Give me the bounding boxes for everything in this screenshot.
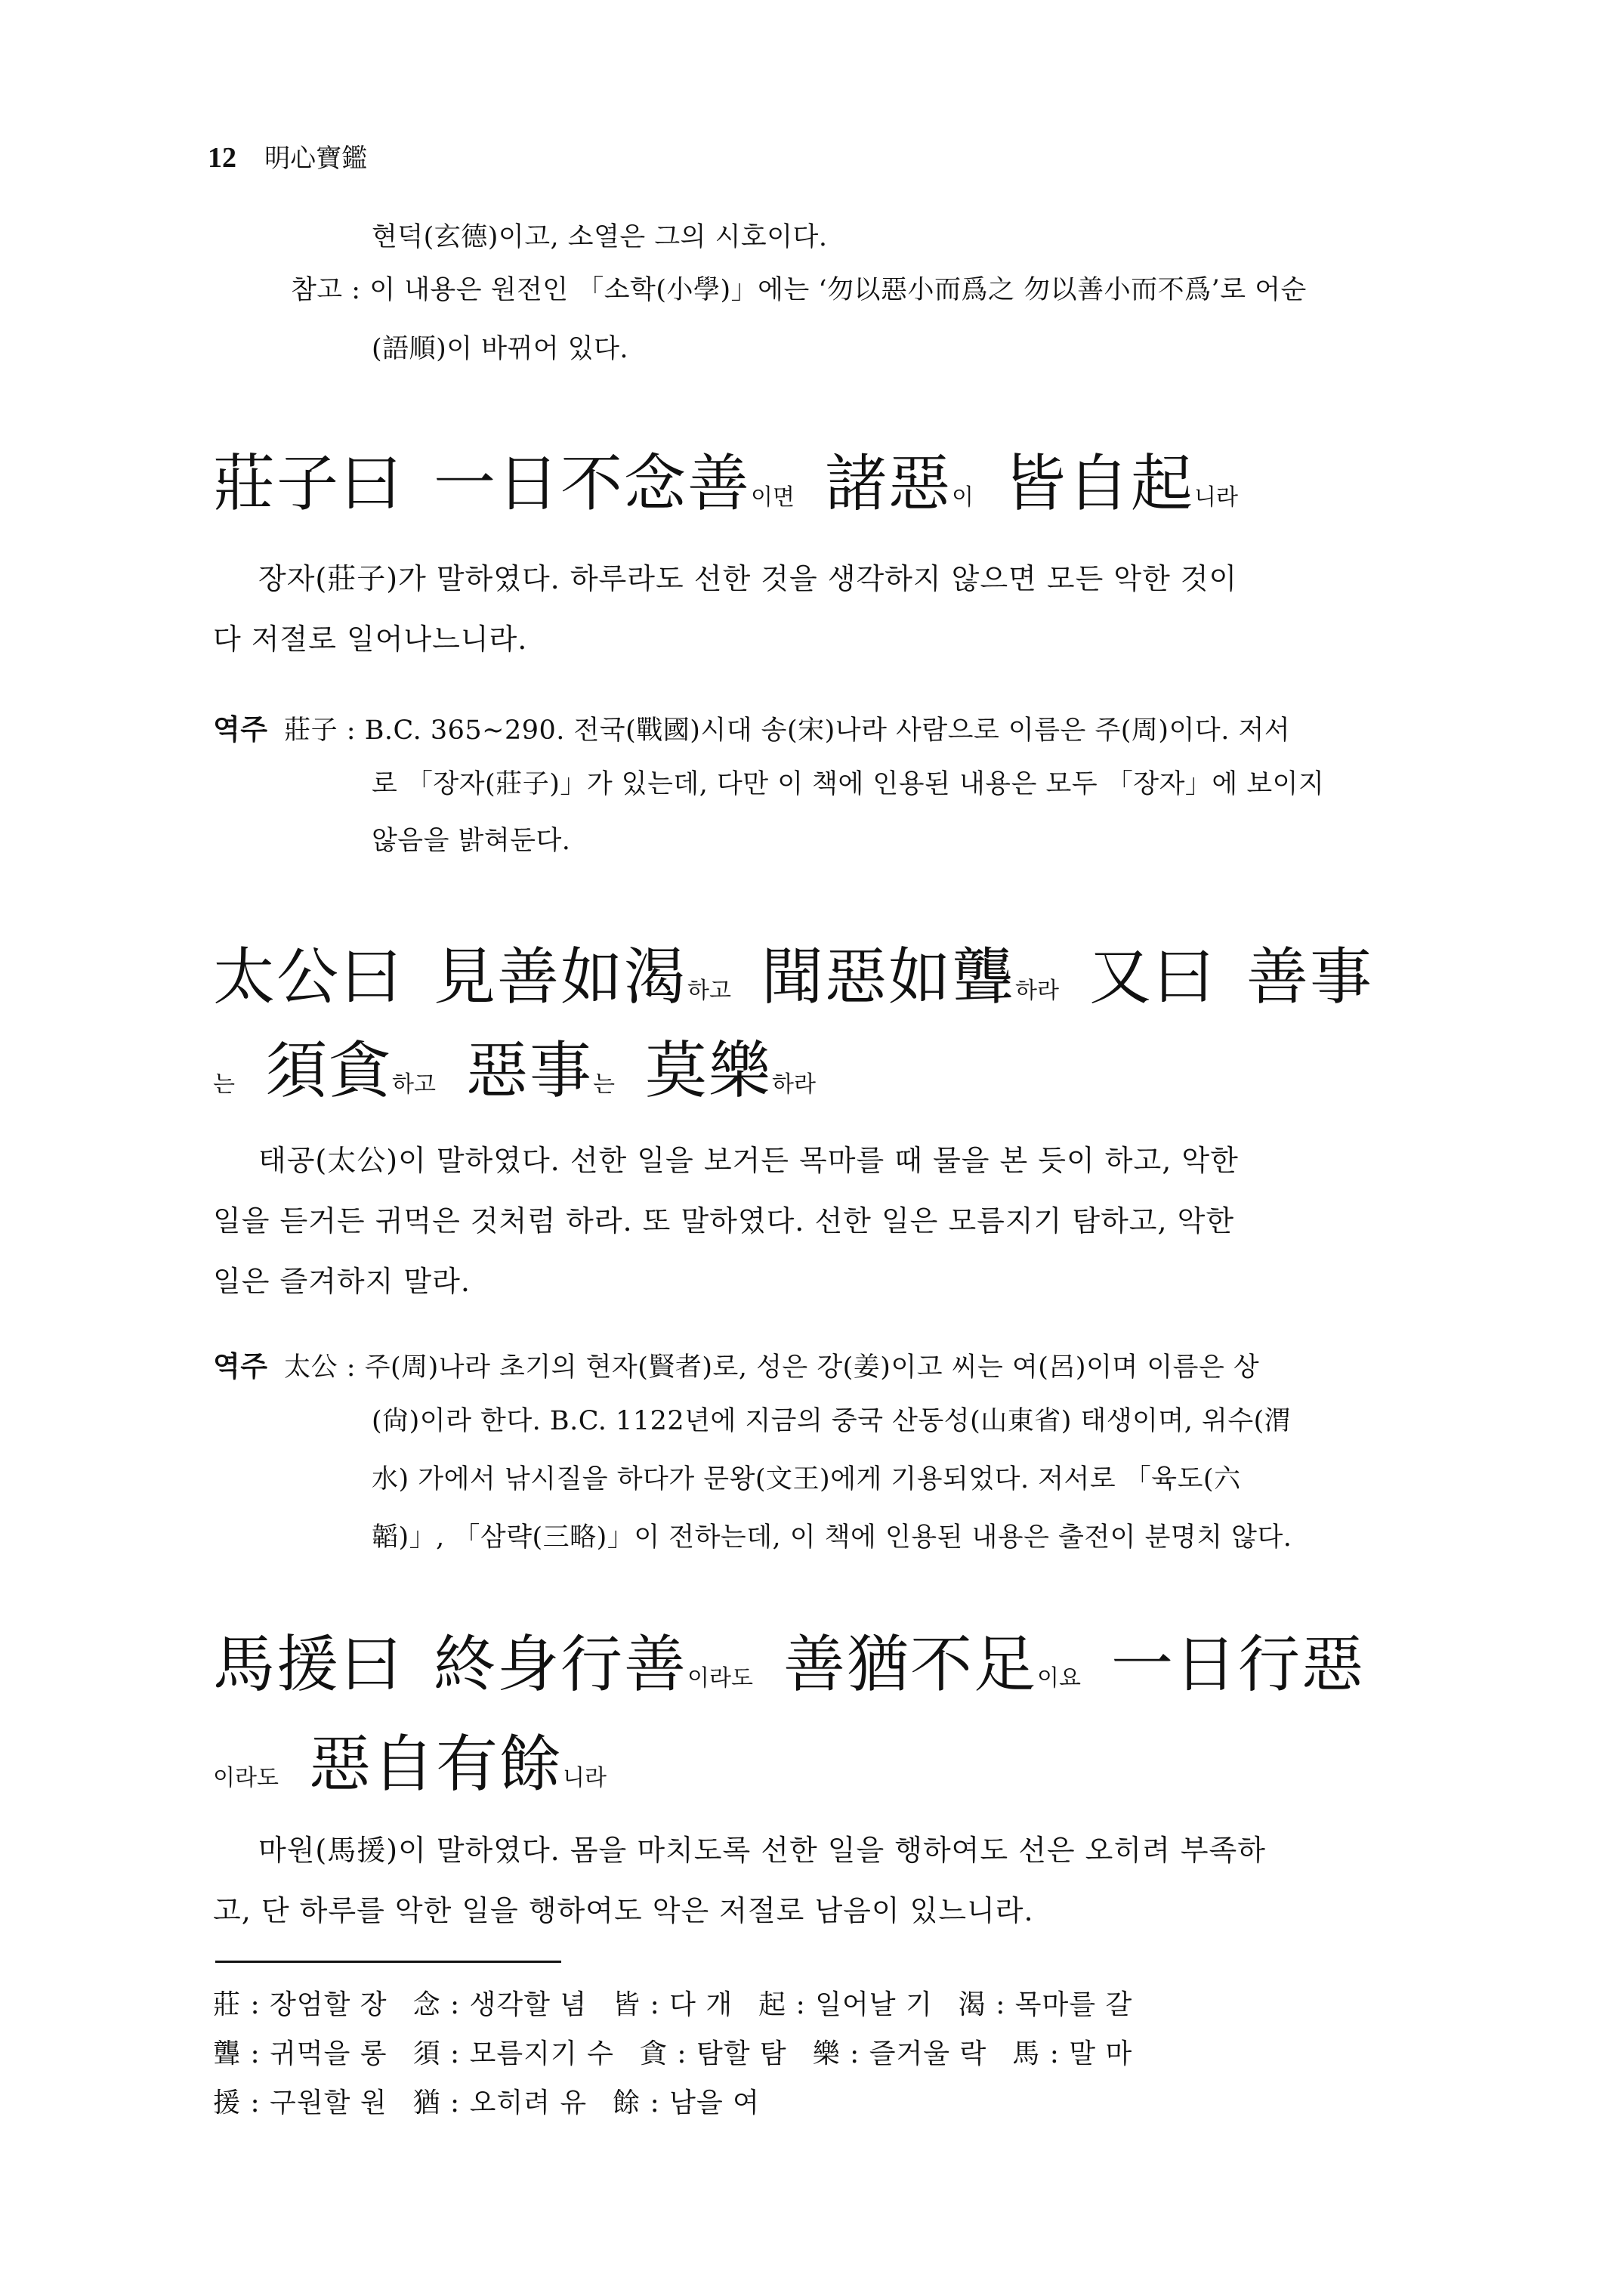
vocab-entry: 莊 : 장엄할 장 — [213, 1983, 387, 2022]
translation-3-line-1: 마원(馬援)이 말하였다. 몸을 마치도록 선한 일을 행하여도 선은 오히려 … — [258, 1827, 1266, 1868]
note-term: 太公 : — [284, 1352, 356, 1383]
note-term: 莊子 : — [284, 715, 356, 746]
vocab-entry: 貪 : 탐할 탐 — [640, 2032, 787, 2071]
hanja-phrase: 善猶不足 — [783, 1629, 1037, 1701]
korean-particle: 이요 — [1037, 1665, 1081, 1692]
running-header: 12 明心寶鑑 — [208, 138, 367, 175]
note-text: 주(周)나라 초기의 현자(賢者)로, 성은 강(姜)이고 씨는 여(呂)이며 … — [365, 1352, 1260, 1383]
translation-2-line-3: 일은 즐겨하지 말라. — [213, 1258, 471, 1299]
vocab-entry: 念 : 생각할 념 — [413, 1983, 588, 2022]
translator-note-2-line-4: 韜)」, 「삼략(三略)」이 전하는데, 이 책에 인용된 내용은 출전이 분명… — [372, 1516, 1292, 1554]
translation-1-line-1: 장자(莊子)가 말하였다. 하루라도 선한 것을 생각하지 않으면 모든 악한 … — [258, 555, 1237, 597]
korean-particle: 니라 — [563, 1765, 607, 1791]
translation-2-line-1: 태공(太公)이 말하였다. 선한 일을 보거든 목마를 때 물을 본 듯이 하고… — [258, 1137, 1239, 1179]
vocab-entry: 樂 : 즐거울 락 — [813, 2032, 987, 2071]
vocab-entry: 皆 : 다 개 — [613, 1983, 733, 2022]
hanja-phrase: 惡自有餘 — [309, 1729, 563, 1800]
hanja-phrase: 見善如渴 — [434, 941, 687, 1013]
hanja-phrase: 善事 — [1246, 941, 1373, 1013]
verse-heading-1: 莊子曰一日不念善이면諸惡이皆自起니라 — [213, 434, 1238, 523]
reference-text: 이 내용은 원전인 「소학(小學)」에는 ‘勿以惡小而爲之 勿以善小而不爲’로 … — [369, 275, 1307, 305]
translator-note-2-line-3: 水) 가에서 낚시질을 하다가 문왕(文王)에게 기용되었다. 저서로 「육도(… — [372, 1458, 1241, 1496]
translation-3-line-2: 고, 단 하루를 악한 일을 행하여도 악은 저절로 남음이 있느니라. — [213, 1887, 1034, 1929]
korean-particle: 하고 — [687, 978, 731, 1004]
translator-note-1-line-2: 로 「장자(莊子)」가 있는데, 다만 이 책에 인용된 내용은 모두 「장자」… — [372, 763, 1324, 801]
note-text: B.C. 365~290. 전국(戰國)시대 송(宋)나라 사람으로 이름은 주… — [365, 715, 1290, 746]
korean-particle: 하라 — [1015, 978, 1059, 1004]
vocab-row-1: 莊 : 장엄할 장念 : 생각할 념皆 : 다 개起 : 일어날 기渴 : 목마… — [213, 1983, 1158, 2022]
hanja-phrase: 終身行善 — [434, 1629, 687, 1701]
korean-particle: 하라 — [772, 1071, 816, 1098]
translation-2-line-2: 일을 듣거든 귀먹은 것처럼 하라. 또 말하였다. 선한 일은 모름지기 탐하… — [213, 1197, 1234, 1239]
verse-heading-3-line-2: 이라도惡自有餘니라 — [213, 1715, 607, 1803]
hanja-phrase: 一日不念善 — [434, 448, 751, 520]
korean-particle: 이라도 — [213, 1765, 279, 1791]
note-label: 역주 — [213, 713, 267, 746]
translator-note-2-line-2: (尙)이라 한다. B.C. 1122년에 지금의 중국 산동성(山東省) 태생… — [372, 1400, 1291, 1438]
hanja-phrase: 太公曰 — [213, 941, 403, 1013]
hanja-phrase: 莊子曰 — [213, 448, 403, 520]
korean-particle: 는 — [213, 1071, 235, 1098]
vocab-entry: 援 : 구원할 원 — [213, 2081, 387, 2120]
vocab-row-2: 聾 : 귀먹을 롱須 : 모름지기 수貪 : 탐할 탐樂 : 즐거울 락馬 : … — [213, 2032, 1158, 2071]
korean-particle: 는 — [593, 1071, 615, 1098]
page-number: 12 — [208, 142, 236, 174]
hanja-phrase: 諸惡 — [825, 448, 952, 520]
vocab-entry: 渴 : 목마를 갈 — [959, 1983, 1133, 2022]
korean-particle: 이 — [952, 484, 974, 511]
verse-heading-2-line-1: 太公曰見善如渴하고聞惡如聾하라又曰善事 — [213, 928, 1373, 1016]
hanja-phrase: 又曰 — [1089, 941, 1216, 1013]
continuation-line: 현덕(玄德)이고, 소열은 그의 시호이다. — [372, 216, 827, 254]
verse-heading-2-line-2: 는須貪하고惡事는莫樂하라 — [213, 1021, 816, 1110]
vocab-entry: 須 : 모름지기 수 — [413, 2032, 614, 2071]
korean-particle: 하고 — [392, 1071, 436, 1098]
note-label: 역주 — [213, 1350, 267, 1383]
hanja-phrase: 聞惡如聾 — [761, 941, 1015, 1013]
translator-note-1-line-3: 않음을 밝혀둔다. — [372, 820, 570, 858]
vocab-row-3: 援 : 구원할 원猶 : 오히려 유餘 : 남을 여 — [213, 2081, 786, 2120]
hanja-phrase: 一日行惡 — [1111, 1629, 1365, 1701]
footnote-rule — [215, 1961, 561, 1963]
hanja-phrase: 須貪 — [265, 1035, 392, 1107]
hanja-phrase: 莫樂 — [645, 1035, 772, 1107]
korean-particle: 이면 — [751, 484, 795, 511]
verse-heading-3-line-1: 馬援曰終身行善이라도善猶不足이요一日行惡 — [213, 1615, 1365, 1704]
hanja-phrase: 惡事 — [466, 1035, 593, 1107]
vocab-entry: 聾 : 귀먹을 롱 — [213, 2032, 387, 2071]
book-title: 明心寶鑑 — [264, 144, 367, 174]
translation-1-line-2: 다 저절로 일어나느니라. — [213, 616, 527, 657]
vocab-entry: 餘 : 남을 여 — [613, 2081, 760, 2120]
translator-note-2: 역주 太公 : 주(周)나라 초기의 현자(賢者)로, 성은 강(姜)이고 씨는… — [213, 1343, 1259, 1384]
translator-note-1: 역주 莊子 : B.C. 365~290. 전국(戰國)시대 송(宋)나라 사람… — [213, 706, 1290, 747]
reference-note: 참고 : 이 내용은 원전인 「소학(小學)」에는 ‘勿以惡小而爲之 勿以善小而… — [291, 269, 1307, 307]
vocab-entry: 猶 : 오히려 유 — [413, 2081, 588, 2120]
vocab-entry: 馬 : 말 마 — [1012, 2032, 1132, 2071]
korean-particle: 니라 — [1194, 484, 1238, 511]
reference-text-cont: (語順)이 바뀌어 있다. — [372, 328, 628, 366]
vocab-entry: 起 : 일어날 기 — [758, 1983, 933, 2022]
korean-particle: 이라도 — [687, 1665, 753, 1692]
reference-label: 참고 : — [291, 275, 361, 305]
hanja-phrase: 馬援曰 — [213, 1629, 403, 1701]
hanja-phrase: 皆自起 — [1004, 448, 1194, 520]
